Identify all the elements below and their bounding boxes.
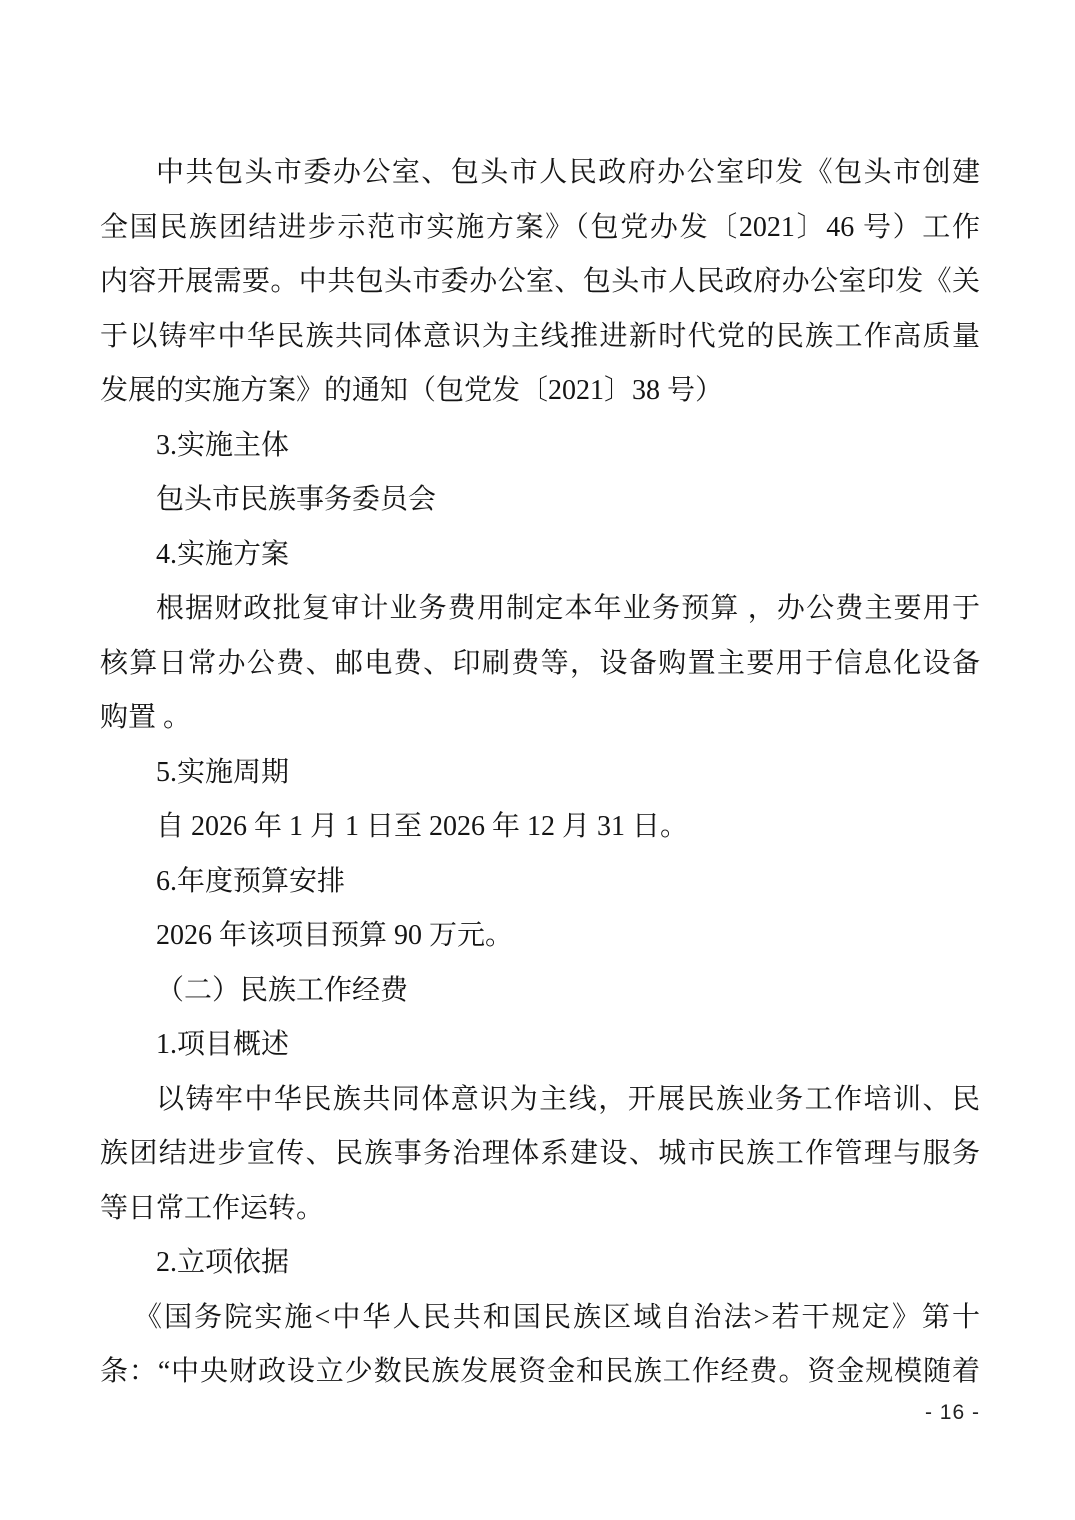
- document-line: 4.实施方案: [100, 528, 980, 583]
- document-line: 《国务院实施<中华人民共和国民族区域自治法>若干规定》第十: [100, 1291, 980, 1346]
- document-line: 3.实施主体: [100, 419, 980, 474]
- document-line: 根据财政批复审计业务费用制定本年业务预算 ，办公费主要用于: [100, 582, 980, 637]
- document-line: 核算日常办公费、邮电费、印刷费等，设备购置主要用于信息化设备: [100, 637, 980, 692]
- document-line: 条：“中央财政设立少数民族发展资金和民族工作经费。资金规模随着: [100, 1345, 980, 1400]
- document-page: 中共包头市委办公室、包头市人民政府办公室印发《包头市创建 全国民族团结进步示范市…: [0, 0, 1075, 1520]
- document-line: 全国民族团结进步示范市实施方案》（包党办发〔2021〕46 号）工作: [100, 201, 980, 256]
- document-line: （二）民族工作经费: [100, 964, 980, 1019]
- document-line: 以铸牢中华民族共同体意识为主线，开展民族业务工作培训、民: [100, 1073, 980, 1128]
- document-line: 6.年度预算安排: [100, 855, 980, 910]
- page-number: - 16 -: [925, 1401, 980, 1425]
- document-line: 购置 。: [100, 691, 980, 746]
- document-line: 包头市民族事务委员会: [100, 473, 980, 528]
- document-text-block: 中共包头市委办公室、包头市人民政府办公室印发《包头市创建 全国民族团结进步示范市…: [100, 146, 980, 1400]
- document-line: 发展的实施方案》的通知（包党发〔2021〕38 号）: [100, 364, 980, 419]
- document-line: 于以铸牢中华民族共同体意识为主线推进新时代党的民族工作高质量: [100, 310, 980, 365]
- document-line: 2026 年该项目预算 90 万元。: [100, 909, 980, 964]
- document-line: 自 2026 年 1 月 1 日至 2026 年 12 月 31 日。: [100, 800, 980, 855]
- document-line: 1.项目概述: [100, 1018, 980, 1073]
- document-line: 等日常工作运转。: [100, 1182, 980, 1237]
- document-line: 族团结进步宣传、民族事务治理体系建设、城市民族工作管理与服务: [100, 1127, 980, 1182]
- document-line: 中共包头市委办公室、包头市人民政府办公室印发《包头市创建: [100, 146, 980, 201]
- document-line: 5.实施周期: [100, 746, 980, 801]
- document-line: 内容开展需要。中共包头市委办公室、包头市人民政府办公室印发《关: [100, 255, 980, 310]
- document-line: 2.立项依据: [100, 1236, 980, 1291]
